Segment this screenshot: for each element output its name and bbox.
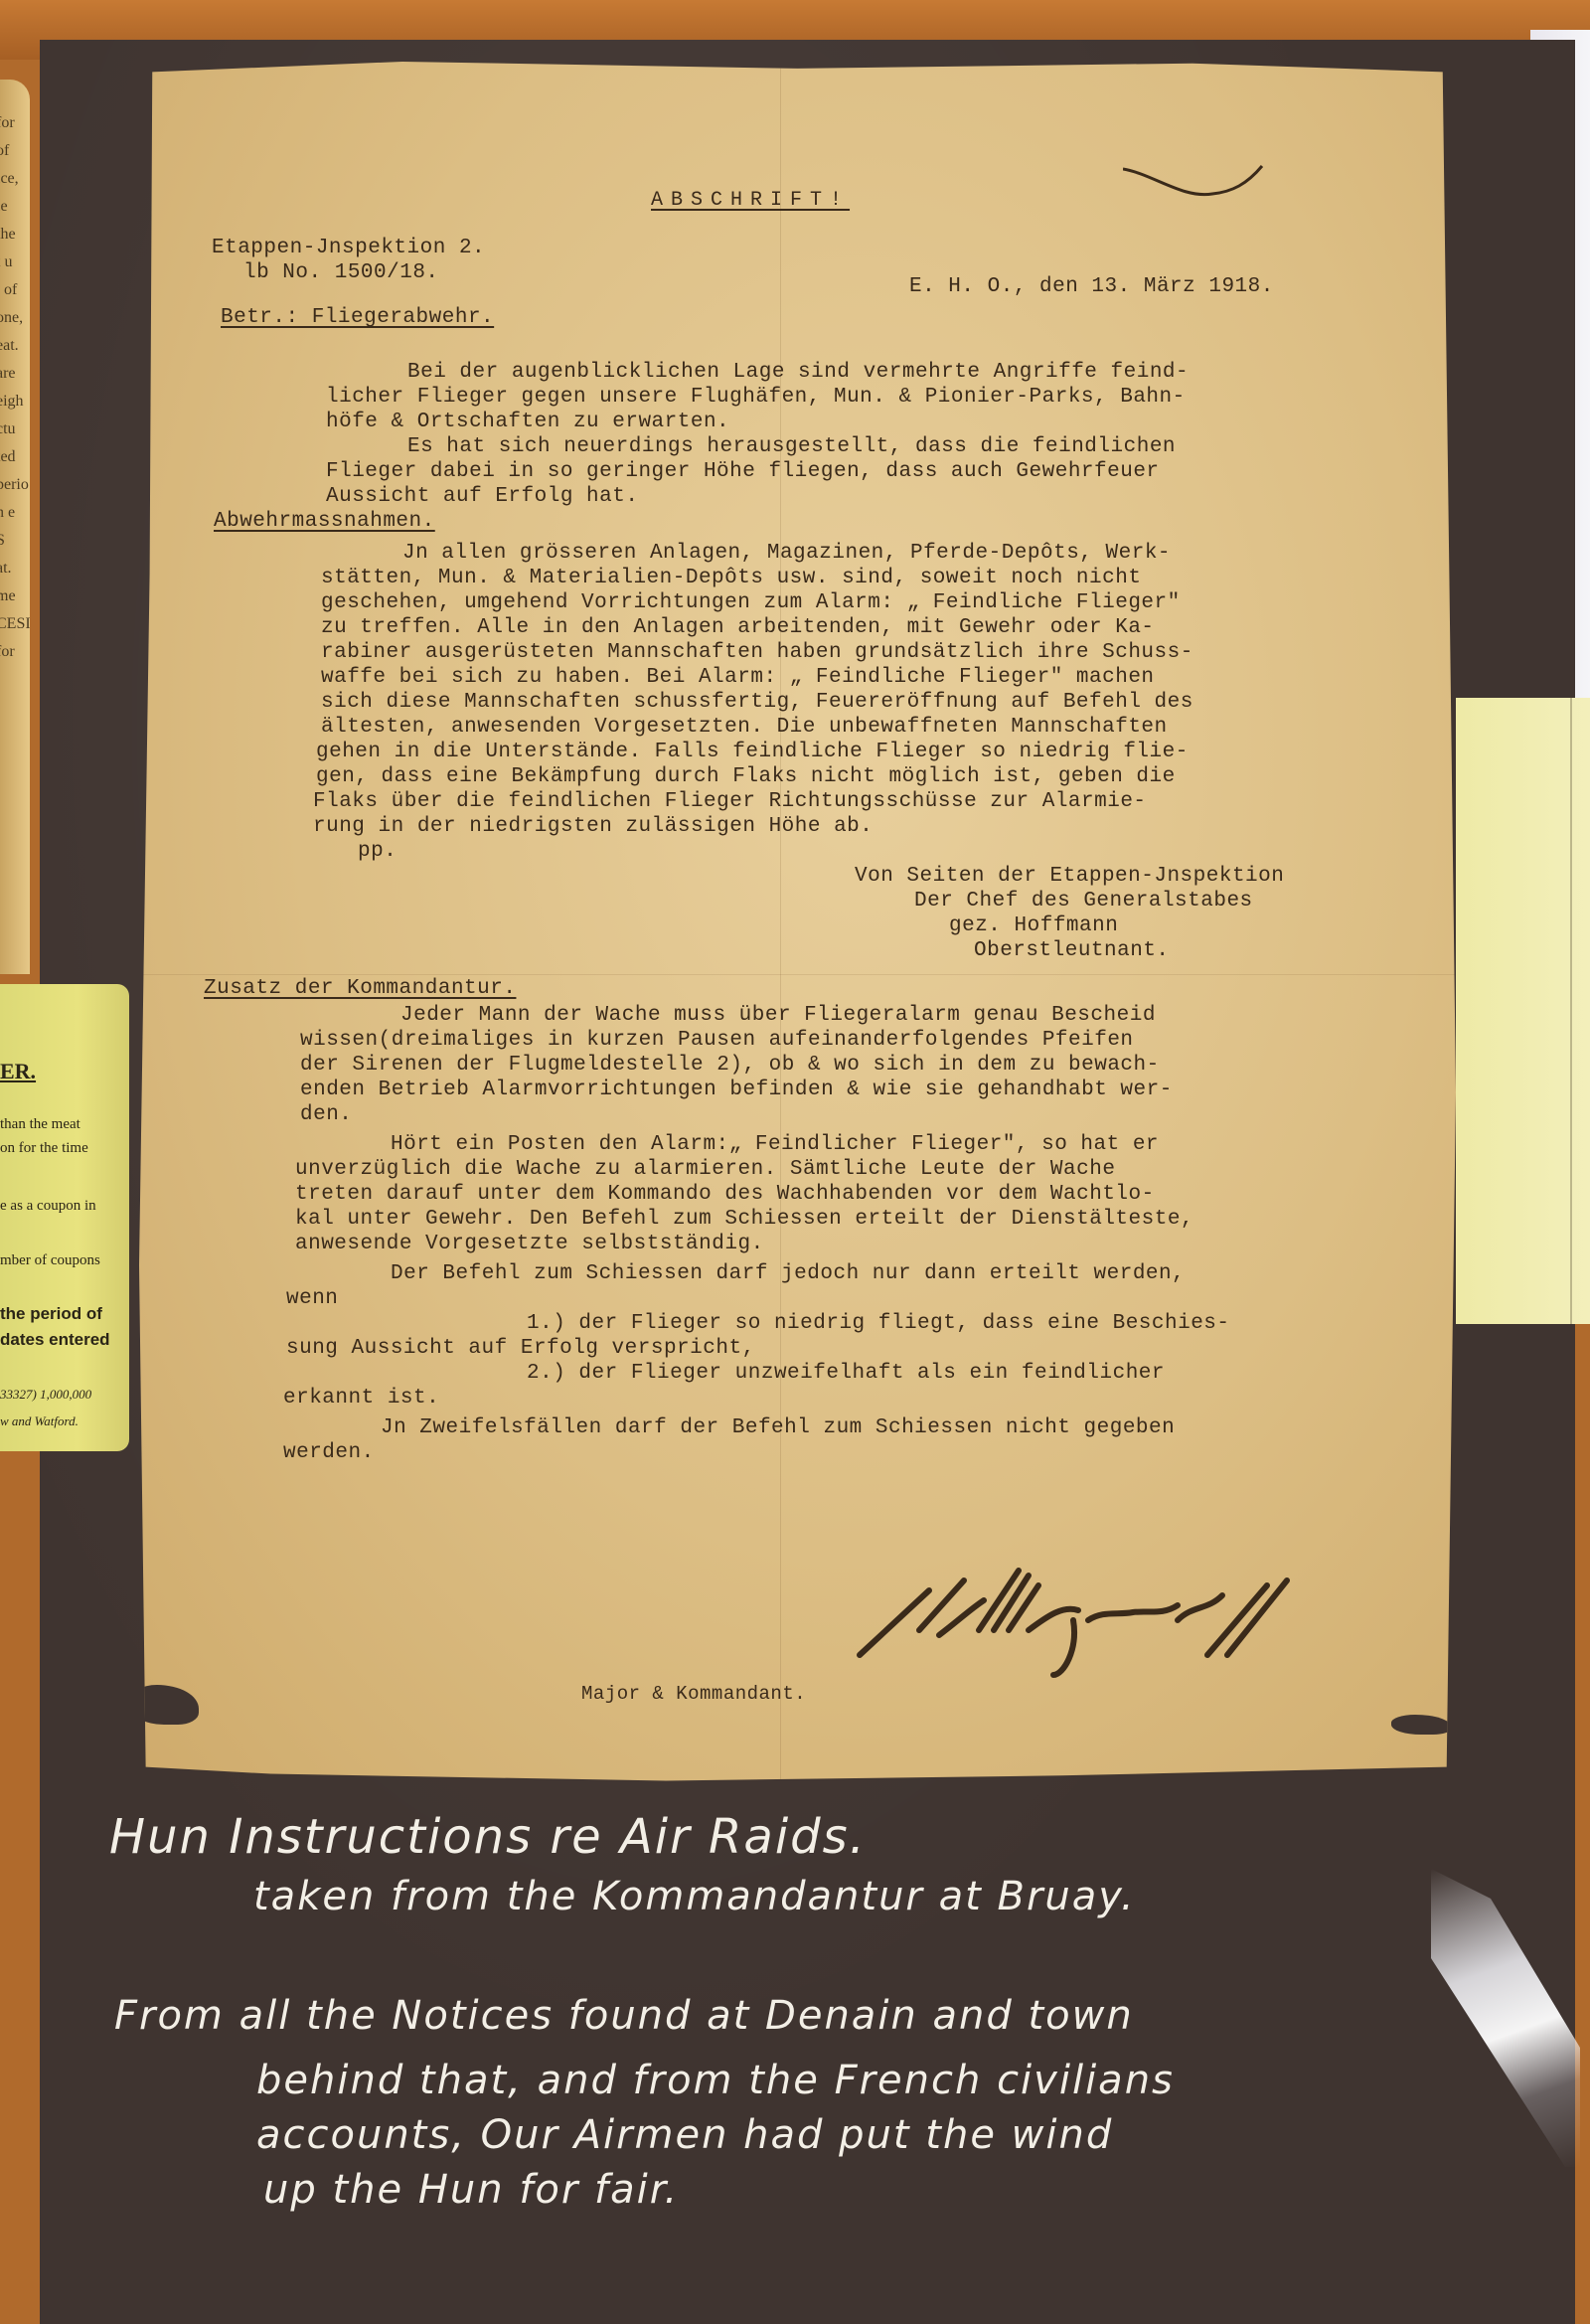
text-line: waffe bei sich zu haben. Bei Alarm: „ Fe… bbox=[321, 666, 1155, 689]
text-line: Aussicht auf Erfolg hat. bbox=[326, 485, 638, 508]
text-line: Flieger dabei in so geringer Höhe fliege… bbox=[326, 460, 1160, 483]
text-line: Flaks über die feindlichen Flieger Richt… bbox=[313, 790, 1147, 813]
text-line: Jn allen grösseren Anlagen, Magazinen, P… bbox=[402, 542, 1171, 565]
text-line: wenn bbox=[286, 1287, 338, 1310]
sender-reference: lb No. 1500/18. bbox=[243, 261, 439, 284]
condition-line: 1.) der Flieger so niedrig fliegt, dass … bbox=[527, 1312, 1230, 1335]
signature-title: Major & Kommandant. bbox=[581, 1683, 806, 1705]
text-line: Es hat sich neuerdings herausgestellt, d… bbox=[407, 435, 1176, 458]
handwritten-signature bbox=[850, 1561, 1347, 1680]
text-line: stätten, Mun. & Materialien-Depôts usw. … bbox=[321, 567, 1141, 589]
text-line: den. bbox=[300, 1103, 352, 1126]
condition-line: sung Aussicht auf Erfolg verspricht, bbox=[286, 1337, 755, 1360]
signoff-line: Oberstleutnant. bbox=[974, 939, 1170, 962]
text-line: rabiner ausgerüsteten Mannschaften haben… bbox=[321, 641, 1193, 664]
caption-title: Hun Instructions re Air Raids. bbox=[109, 1809, 867, 1865]
text-line: Jeder Mann der Wache muss über Fliegeral… bbox=[400, 1004, 1156, 1027]
text-line: zu treffen. Alle in den Anlagen arbeiten… bbox=[321, 616, 1155, 639]
coupon-line: on for the time bbox=[0, 1140, 88, 1157]
adjacent-book-page: for of ice, le the t u . of one, eat. ar… bbox=[0, 80, 30, 974]
text-line: licher Flieger gegen unsere Flughäfen, M… bbox=[326, 386, 1186, 409]
coupon-line: e as a coupon in bbox=[0, 1198, 96, 1215]
signoff-line: Der Chef des Generalstabes bbox=[914, 890, 1253, 913]
coupon-printer: w and Watford. bbox=[0, 1413, 79, 1429]
coupon-heading: ER. bbox=[0, 1059, 36, 1084]
text-line: höfe & Ortschaften zu erwarten. bbox=[326, 411, 729, 433]
text-line: anwesende Vorgesetzte selbstständig. bbox=[295, 1233, 764, 1255]
text-line: ältesten, anwesenden Vorgesetzten. Die u… bbox=[321, 716, 1168, 739]
torn-edge-hole bbox=[1391, 1715, 1451, 1735]
signoff-line: gez. Hoffmann bbox=[949, 914, 1118, 937]
text-line: unverzüglich die Wache zu alarmieren. Sä… bbox=[295, 1158, 1115, 1181]
caption-body-line: From all the Notices found at Denain and… bbox=[114, 1993, 1134, 2039]
pp-abbrev: pp. bbox=[358, 840, 397, 863]
coupon-line: than the meat bbox=[0, 1116, 80, 1133]
coupon-print-line: 33327) 1,000,000 bbox=[0, 1387, 91, 1403]
text-line: kal unter Gewehr. Den Befehl zum Schiess… bbox=[295, 1208, 1193, 1231]
document-sheet: ABSCHRIFT! Etappen-Jnspektion 2. lb No. … bbox=[139, 55, 1456, 1784]
signoff-line: Von Seiten der Etappen-Jnspektion bbox=[855, 865, 1284, 888]
caption-body-line: up the Hun for fair. bbox=[263, 2167, 679, 2213]
sender-line: Etappen-Jnspektion 2. bbox=[212, 237, 485, 259]
sticky-note bbox=[1456, 698, 1590, 1324]
text-line: der Sirenen der Flugmeldestelle 2), ob &… bbox=[300, 1054, 1160, 1077]
text-line: treten darauf unter dem Kommando des Wac… bbox=[295, 1183, 1155, 1206]
text-line: gehen in die Unterstände. Falls feindlic… bbox=[316, 741, 1189, 763]
place-date: E. H. O., den 13. März 1918. bbox=[909, 275, 1274, 298]
text-line: rung in der niedrigsten zulässigen Höhe … bbox=[313, 815, 873, 838]
coupon-line: mber of coupons bbox=[0, 1252, 100, 1269]
coupon-bold-line: the period of bbox=[0, 1304, 102, 1324]
text-line: Jn Zweifelsfällen darf der Befehl zum Sc… bbox=[381, 1416, 1175, 1439]
text-line: sich diese Mannschaften schussfertig, Fe… bbox=[321, 691, 1193, 714]
coupon-bold-line: dates entered bbox=[0, 1330, 110, 1350]
condition-line: 2.) der Flieger unzweifelhaft als ein fe… bbox=[527, 1362, 1165, 1385]
text-line: gen, dass eine Bekämpfung durch Flaks ni… bbox=[316, 765, 1176, 788]
document-heading: ABSCHRIFT! bbox=[651, 189, 850, 212]
caption-body-line: behind that, and from the French civilia… bbox=[256, 2058, 1175, 2103]
text-line: Bei der augenblicklichen Lage sind verme… bbox=[407, 361, 1189, 384]
caption-subtitle: taken from the Kommandantur at Bruay. bbox=[253, 1874, 1136, 1919]
subject-line: Betr.: Fliegerabwehr. bbox=[221, 306, 494, 329]
section-title: Abwehrmassnahmen. bbox=[214, 510, 435, 533]
text-line: Hört ein Posten den Alarm:„ Feindlicher … bbox=[391, 1133, 1159, 1156]
text-line: geschehen, umgehend Vorrichtungen zum Al… bbox=[321, 591, 1181, 614]
text-line: enden Betrieb Alarmvorrichtungen befinde… bbox=[300, 1079, 1173, 1101]
text-line: Der Befehl zum Schiessen darf jedoch nur… bbox=[391, 1262, 1185, 1285]
fold-line bbox=[139, 974, 1456, 975]
text-line: werden. bbox=[283, 1441, 375, 1464]
condition-line: erkannt ist. bbox=[283, 1387, 439, 1410]
ration-coupon-slip: ER. than the meat on for the time e as a… bbox=[0, 984, 129, 1451]
text-line: wissen(dreimaliges in kurzen Pausen aufe… bbox=[300, 1029, 1134, 1052]
paper-tear-mark bbox=[1123, 164, 1272, 204]
section-title: Zusatz der Kommandantur. bbox=[204, 977, 516, 1000]
caption-body-line: accounts, Our Airmen had put the wind bbox=[256, 2112, 1113, 2158]
